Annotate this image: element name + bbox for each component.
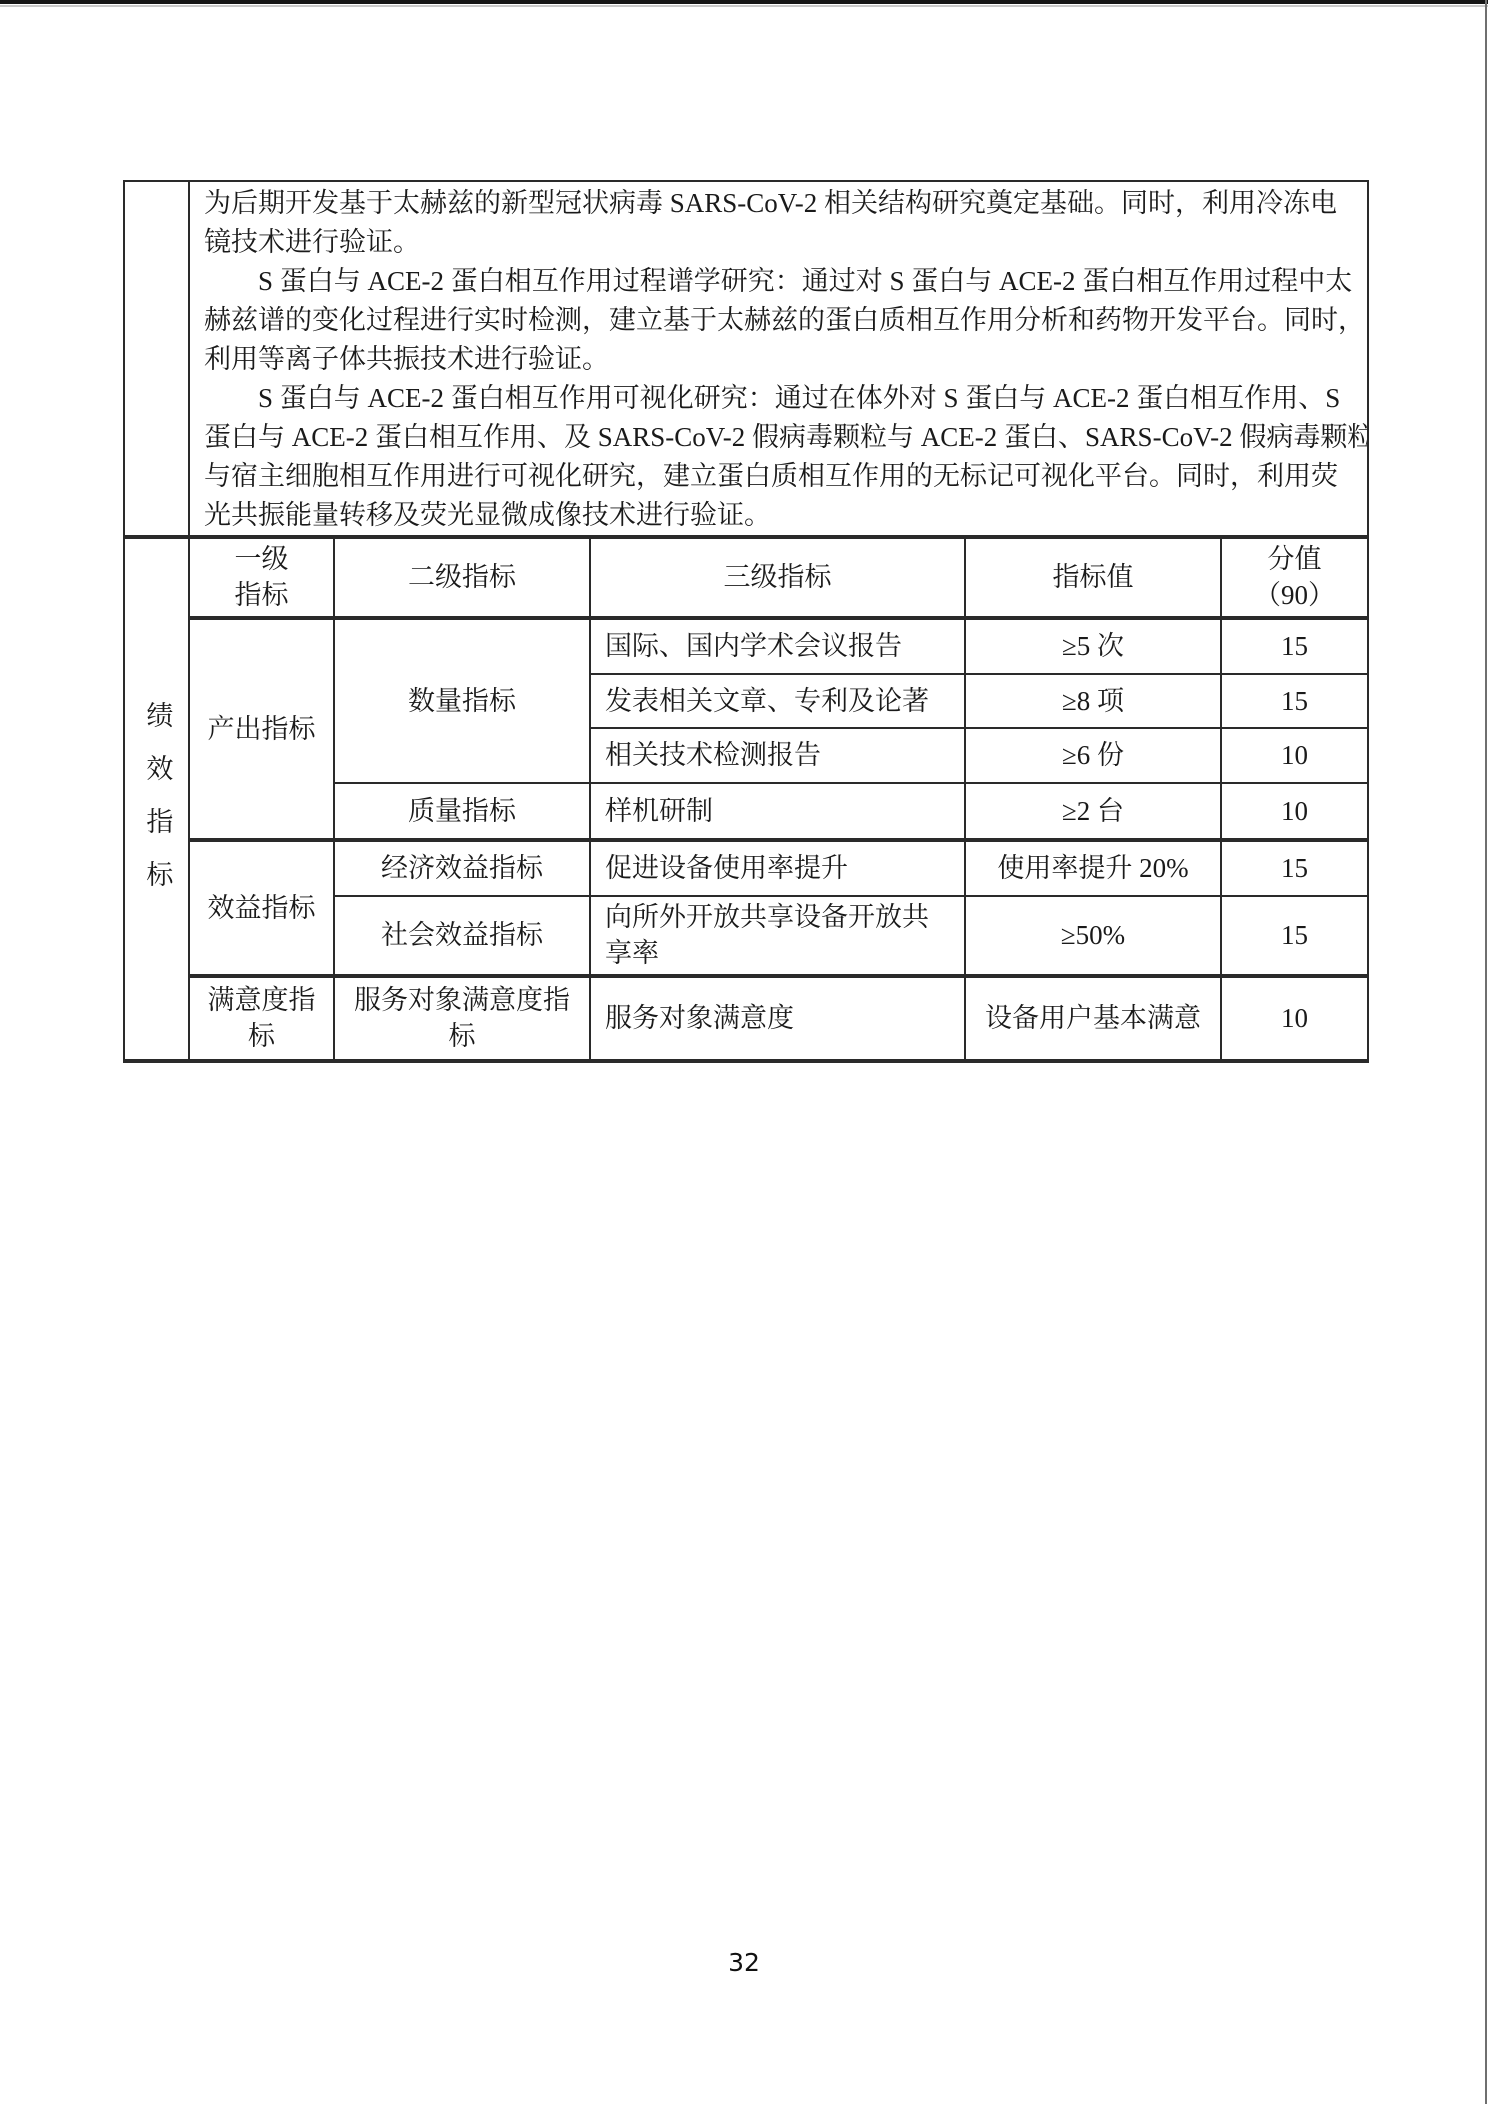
cell-value-publications: ≥8 项 bbox=[965, 674, 1221, 728]
paragraph-line: 为后期开发基于太赫兹的新型冠状病毒 SARS-CoV-2 相关结构研究奠定基础。… bbox=[204, 184, 1353, 223]
cell-project-description: 为后期开发基于太赫兹的新型冠状病毒 SARS-CoV-2 相关结构研究奠定基础。… bbox=[189, 181, 1368, 537]
header-indicator-value: 指标值 bbox=[965, 537, 1221, 618]
header-level3-indicator: 三级指标 bbox=[590, 537, 965, 618]
cell-level3-prototype: 样机研制 bbox=[590, 783, 965, 840]
paragraph-line: 光共振能量转移及荧光显微成像技术进行验证。 bbox=[204, 496, 1353, 535]
paragraph-line: 与宿主细胞相互作用进行可视化研究，建立蛋白质相互作用的无标记可视化平台。同时，利… bbox=[204, 457, 1353, 496]
cell-value-open-sharing: ≥50% bbox=[965, 896, 1221, 976]
cell-level1-benefit: 效益指标 bbox=[189, 840, 334, 976]
paragraph-line: 镜技术进行验证。 bbox=[204, 223, 1353, 262]
header-level1-indicator: 一级 指标 bbox=[189, 537, 334, 618]
table-row: 产出指标 数量指标 国际、国内学术会议报告 ≥5 次 15 bbox=[124, 618, 1368, 674]
cell-level3-conference-reports: 国际、国内学术会议报告 bbox=[590, 618, 965, 674]
cell-level1-satisfaction: 满意度指 标 bbox=[189, 976, 334, 1061]
document-page: 为后期开发基于太赫兹的新型冠状病毒 SARS-CoV-2 相关结构研究奠定基础。… bbox=[0, 0, 1488, 2104]
cell-level2-social-benefit: 社会效益指标 bbox=[334, 896, 590, 976]
cell-value-conference-reports: ≥5 次 bbox=[965, 618, 1221, 674]
cell-level3-service-satisfaction: 服务对象满意度 bbox=[590, 976, 965, 1061]
cell-value-test-reports: ≥6 份 bbox=[965, 728, 1221, 783]
cell-score-equipment-usage: 15 bbox=[1221, 840, 1368, 896]
header-level2-indicator: 二级指标 bbox=[334, 537, 590, 618]
cell-score-test-reports: 10 bbox=[1221, 728, 1368, 783]
performance-indicator-table: 为后期开发基于太赫兹的新型冠状病毒 SARS-CoV-2 相关结构研究奠定基础。… bbox=[123, 180, 1369, 1063]
cell-level3-open-sharing: 向所外开放共享设备开放共 享率 bbox=[590, 896, 965, 976]
cell-level2-quality: 质量指标 bbox=[334, 783, 590, 840]
group-label-performance-indicators: 绩效指标 bbox=[142, 701, 172, 913]
paragraph-line: 赫兹谱的变化过程进行实时检测，建立基于太赫兹的蛋白质相互作用分析和药物开发平台。… bbox=[204, 301, 1353, 340]
cell-level3-equipment-usage: 促进设备使用率提升 bbox=[590, 840, 965, 896]
cell-level3-publications: 发表相关文章、专利及论著 bbox=[590, 674, 965, 728]
cell-group-performance-indicators: 绩效指标 bbox=[124, 537, 189, 1061]
cell-level2-quantity: 数量指标 bbox=[334, 618, 590, 783]
cell-score-conference-reports: 15 bbox=[1221, 618, 1368, 674]
paragraph-line: S 蛋白与 ACE-2 蛋白相互作用可视化研究：通过在体外对 S 蛋白与 ACE… bbox=[204, 379, 1353, 418]
paragraph-line: S 蛋白与 ACE-2 蛋白相互作用过程谱学研究：通过对 S 蛋白与 ACE-2… bbox=[204, 262, 1353, 301]
cell-score-service-satisfaction: 10 bbox=[1221, 976, 1368, 1061]
cell-level1-output: 产出指标 bbox=[189, 618, 334, 840]
cell-level2-economic-benefit: 经济效益指标 bbox=[334, 840, 590, 896]
cell-value-service-satisfaction: 设备用户基本满意 bbox=[965, 976, 1221, 1061]
cell-value-equipment-usage: 使用率提升 20% bbox=[965, 840, 1221, 896]
cell-score-prototype: 10 bbox=[1221, 783, 1368, 840]
table-row: 满意度指 标 服务对象满意度指 标 服务对象满意度 设备用户基本满意 10 bbox=[124, 976, 1368, 1061]
table-row: 效益指标 经济效益指标 促进设备使用率提升 使用率提升 20% 15 bbox=[124, 840, 1368, 896]
cell-left-spacer bbox=[124, 181, 189, 537]
cell-value-prototype: ≥2 台 bbox=[965, 783, 1221, 840]
page-number: 32 bbox=[0, 1948, 1488, 1977]
cell-level3-test-reports: 相关技术检测报告 bbox=[590, 728, 965, 783]
header-score: 分值 （90） bbox=[1221, 537, 1368, 618]
page-top-edge-shadow bbox=[0, 5, 1488, 7]
paragraph-line: 蛋白与 ACE-2 蛋白相互作用、及 SARS-CoV-2 假病毒颗粒与 ACE… bbox=[204, 418, 1353, 457]
page-right-edge-line bbox=[1485, 0, 1487, 2104]
cell-score-open-sharing: 15 bbox=[1221, 896, 1368, 976]
page-top-edge-line bbox=[0, 0, 1488, 4]
cell-level2-service-satisfaction: 服务对象满意度指 标 bbox=[334, 976, 590, 1061]
paragraph-line: 利用等离子体共振技术进行验证。 bbox=[204, 340, 1353, 379]
cell-score-publications: 15 bbox=[1221, 674, 1368, 728]
